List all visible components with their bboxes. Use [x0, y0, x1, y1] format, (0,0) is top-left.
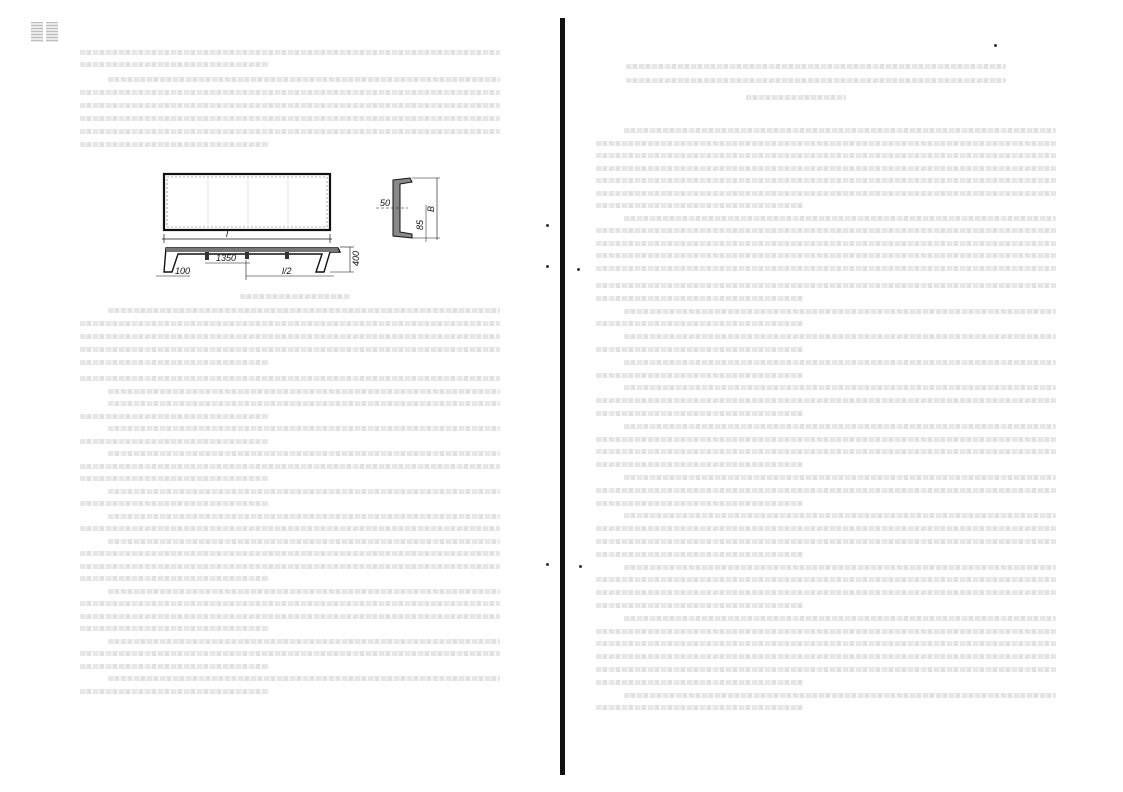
text-line	[596, 411, 803, 416]
text-line	[80, 651, 500, 656]
text-line	[108, 539, 500, 544]
text-line	[596, 488, 1056, 493]
scan-speck	[579, 565, 582, 568]
text-line	[596, 437, 1056, 442]
text-line	[624, 513, 1056, 518]
text-line	[80, 626, 269, 631]
dim-section-width-label: В	[426, 206, 436, 212]
text-line	[596, 228, 1056, 233]
text-line	[596, 577, 1056, 582]
dim-rib-spacing-label: 1350	[216, 253, 236, 263]
text-line	[624, 616, 1056, 621]
text-line	[624, 424, 1056, 429]
text-line	[624, 565, 1056, 570]
text-line	[596, 153, 1056, 158]
text-line	[596, 667, 1056, 672]
text-line	[596, 191, 1056, 196]
text-line	[80, 90, 500, 95]
text-line	[108, 676, 500, 681]
text-line	[80, 564, 500, 569]
text-line	[596, 347, 803, 352]
text-line	[80, 62, 269, 67]
scan-speck	[546, 265, 549, 268]
text-line	[80, 689, 269, 694]
text-line	[596, 462, 803, 467]
text-line	[108, 426, 500, 431]
figure-drawing: l 1350 100 l/2 400 В 50	[150, 160, 450, 290]
scan-speck	[546, 224, 549, 227]
text-line	[624, 385, 1056, 390]
text-line	[80, 664, 269, 669]
text-line	[596, 141, 1056, 146]
text-line	[80, 526, 500, 531]
text-line	[80, 376, 500, 381]
text-line	[596, 705, 803, 710]
text-line	[80, 439, 269, 444]
text-line	[596, 166, 1056, 171]
scan-speck	[577, 268, 580, 271]
text-line	[80, 321, 500, 326]
text-line	[80, 142, 269, 147]
text-line	[240, 294, 350, 299]
text-line	[80, 501, 269, 506]
text-line	[596, 526, 1056, 531]
text-line	[624, 475, 1056, 480]
text-line	[596, 296, 803, 301]
text-line	[108, 389, 500, 394]
dim-section-inner-label: 85	[415, 219, 425, 230]
left-page: l 1350 100 l/2 400 В 50	[0, 0, 560, 792]
text-line	[108, 514, 500, 519]
text-line	[624, 216, 1056, 221]
dim-height-label: 400	[351, 251, 361, 266]
text-line	[624, 334, 1056, 339]
dim-end-offset-label: 100	[175, 266, 190, 276]
text-line	[596, 253, 1056, 258]
text-line	[108, 401, 500, 406]
text-line	[624, 128, 1056, 133]
text-line	[80, 116, 500, 121]
text-line	[596, 539, 1056, 544]
precast-element-drawing: l 1350 100 l/2 400 В 50	[150, 160, 450, 290]
text-line	[626, 64, 1006, 69]
text-line	[108, 489, 500, 494]
dim-section-wall-label: 50	[380, 198, 390, 208]
text-line	[108, 308, 500, 313]
text-line	[624, 693, 1056, 698]
text-line	[624, 360, 1056, 365]
page-gutter-divider	[560, 18, 565, 775]
text-line	[80, 576, 269, 581]
text-line	[596, 283, 1056, 288]
text-line	[80, 347, 500, 352]
text-line	[80, 103, 500, 108]
text-line	[596, 501, 803, 506]
text-line	[80, 360, 269, 365]
text-line	[108, 451, 500, 456]
text-line	[80, 414, 269, 419]
text-line	[80, 464, 500, 469]
text-line	[596, 203, 803, 208]
text-line	[596, 373, 803, 378]
scan-speck	[994, 44, 997, 47]
text-line	[80, 129, 500, 134]
text-line	[80, 476, 269, 481]
text-line	[596, 552, 803, 557]
text-line	[596, 603, 803, 608]
text-line	[80, 334, 500, 339]
text-line	[596, 241, 1056, 246]
text-line	[596, 590, 1056, 595]
text-line	[596, 641, 1056, 646]
text-line	[80, 614, 500, 619]
text-line	[80, 601, 500, 606]
dim-half-length-label: l/2	[282, 266, 292, 276]
scan-speck	[546, 563, 549, 566]
text-line	[596, 178, 1056, 183]
text-line	[596, 654, 1056, 659]
text-line	[624, 309, 1056, 314]
text-line	[596, 266, 1056, 271]
text-line	[80, 50, 500, 55]
text-line	[596, 398, 1056, 403]
text-line	[108, 77, 500, 82]
text-line	[746, 95, 846, 100]
text-line	[596, 680, 803, 685]
text-line	[108, 589, 500, 594]
right-page	[566, 0, 1123, 792]
text-line	[596, 321, 803, 326]
text-line	[596, 629, 1056, 634]
text-line	[108, 639, 500, 644]
text-line	[596, 449, 1056, 454]
text-line	[80, 551, 500, 556]
text-line	[626, 78, 1006, 83]
